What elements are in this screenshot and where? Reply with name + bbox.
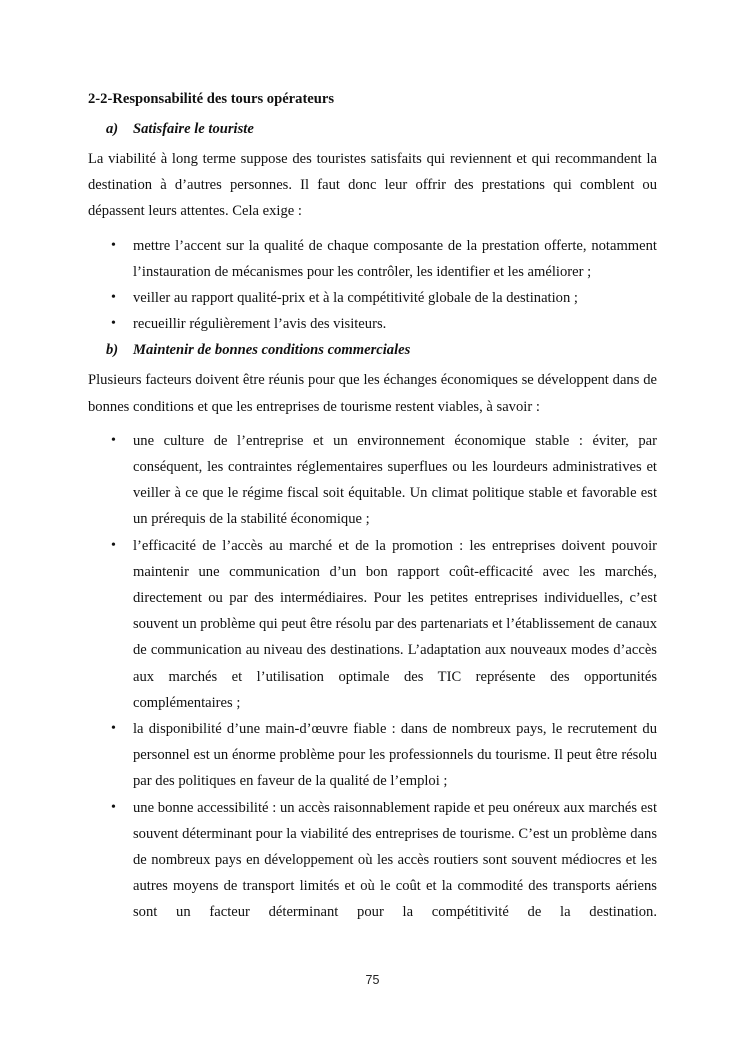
list-item-text: une culture de l’entreprise et un enviro… bbox=[133, 433, 657, 528]
list-item-text: la disponibilité d’une main-d’œuvre fiab… bbox=[133, 721, 657, 789]
bullet-icon: • bbox=[111, 285, 116, 311]
subsection-b-intro: Plusieurs facteurs doivent être réunis p… bbox=[88, 367, 657, 419]
list-item-text: l’efficacité de l’accès au marché et de … bbox=[133, 538, 657, 711]
subsection-a-heading: a) Satisfaire le touriste bbox=[88, 116, 657, 142]
subsection-b-letter: b) bbox=[106, 337, 133, 363]
list-item: • la disponibilité d’une main-d’œuvre fi… bbox=[88, 716, 657, 795]
list-item: • une bonne accessibilité : un accès rai… bbox=[88, 795, 657, 926]
bullet-icon: • bbox=[111, 233, 116, 259]
bullet-icon: • bbox=[111, 533, 116, 559]
subsection-b-title: Maintenir de bonnes conditions commercia… bbox=[133, 337, 410, 363]
document-page: 2-2-Responsabilité des tours opérateurs … bbox=[88, 86, 657, 926]
bullet-icon: • bbox=[111, 795, 116, 821]
list-item-text: une bonne accessibilité : un accès raiso… bbox=[133, 800, 657, 921]
bullet-icon: • bbox=[111, 311, 116, 337]
subsection-b-bullet-list: • une culture de l’entreprise et un envi… bbox=[88, 428, 657, 926]
list-item: • veiller au rapport qualité-prix et à l… bbox=[88, 285, 657, 311]
subsection-a-title: Satisfaire le touriste bbox=[133, 116, 254, 142]
list-item-text: recueillir régulièrement l’avis des visi… bbox=[133, 316, 386, 332]
subsection-b-heading: b) Maintenir de bonnes conditions commer… bbox=[88, 337, 657, 363]
page-number: 75 bbox=[0, 973, 745, 987]
list-item: • une culture de l’entreprise et un envi… bbox=[88, 428, 657, 533]
subsection-a-letter: a) bbox=[106, 116, 133, 142]
subsection-a-intro: La viabilité à long terme suppose des to… bbox=[88, 146, 657, 225]
list-item: • recueillir régulièrement l’avis des vi… bbox=[88, 311, 657, 337]
section-title: 2-2-Responsabilité des tours opérateurs bbox=[88, 86, 657, 112]
list-item-text: veiller au rapport qualité-prix et à la … bbox=[133, 290, 578, 306]
list-item: • l’efficacité de l’accès au marché et d… bbox=[88, 533, 657, 716]
list-item-text: mettre l’accent sur la qualité de chaque… bbox=[133, 238, 657, 280]
bullet-icon: • bbox=[111, 428, 116, 454]
subsection-a-bullet-list: • mettre l’accent sur la qualité de chaq… bbox=[88, 233, 657, 338]
bullet-icon: • bbox=[111, 716, 116, 742]
list-item: • mettre l’accent sur la qualité de chaq… bbox=[88, 233, 657, 285]
